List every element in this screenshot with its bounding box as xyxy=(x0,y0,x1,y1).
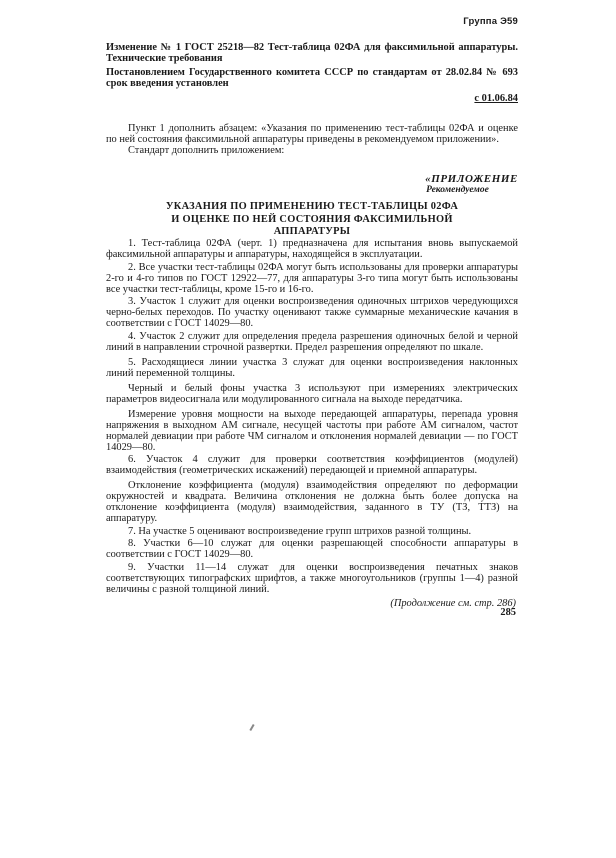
title-line: АППАРАТУРЫ xyxy=(106,226,518,239)
resolution-statement: Постановлением Государственного комитета… xyxy=(106,67,518,89)
intro-paragraph: Стандарт дополнить приложением: xyxy=(106,145,518,156)
appendix-status: Рекомендуемое xyxy=(425,185,518,196)
paragraph: 9. Участки 11—14 служат для оценки воспр… xyxy=(106,562,518,595)
paragraph: 5. Расходящиеся линии участка 3 служат д… xyxy=(106,357,518,379)
title-line: УКАЗАНИЯ ПО ПРИМЕНЕНИЮ ТЕСТ-ТАБЛИЦЫ 02ФА xyxy=(106,201,518,214)
intro-paragraph: Пункт 1 дополнить абзацем: «Указания по … xyxy=(106,123,518,145)
appendix-label-block: «ПРИЛОЖЕНИЕ Рекомендуемое xyxy=(425,173,518,196)
appendix-title: УКАЗАНИЯ ПО ПРИМЕНЕНИЮ ТЕСТ-ТАБЛИЦЫ 02ФА… xyxy=(106,201,518,239)
paragraph: Измерение уровня мощности на выходе пере… xyxy=(106,409,518,453)
title-line: И ОЦЕНКЕ ПО НЕЙ СОСТОЯНИЯ ФАКСИМИЛЬНОЙ xyxy=(106,214,518,227)
paragraph: 8. Участки 6—10 служат для оценки разреш… xyxy=(106,538,518,560)
paragraph: Отклонение коэффициента (модуля) взаимод… xyxy=(106,480,518,524)
change-notice: Изменение № 1 ГОСТ 25218—82 Тест-таблица… xyxy=(106,42,518,64)
stray-pen-mark xyxy=(249,724,254,731)
paragraph: 7. На участке 5 оценивают воспроизведени… xyxy=(106,526,518,537)
effective-date: с 01.06.84 xyxy=(474,93,518,104)
paragraph: 1. Тест-таблица 02ФА (черт. 1) предназна… xyxy=(106,238,518,260)
paragraph: 2. Все участки тест-таблицы 02ФА могут б… xyxy=(106,262,518,295)
continuation-note: (Продолжение см. стр. 286) xyxy=(106,598,518,610)
paragraph: Черный и белый фоны участка 3 используют… xyxy=(106,383,518,405)
page-number: 285 xyxy=(500,607,516,618)
appendix-body: 1. Тест-таблица 02ФА (черт. 1) предназна… xyxy=(106,238,518,610)
paragraph: 3. Участок 1 служит для оценки воспроизв… xyxy=(106,296,518,329)
intro-block: Пункт 1 дополнить абзацем: «Указания по … xyxy=(106,123,518,156)
paragraph: 4. Участок 2 служит для определения пред… xyxy=(106,331,518,353)
appendix-label: «ПРИЛОЖЕНИЕ xyxy=(425,173,518,185)
paragraph: 6. Участок 4 служит для проверки соответ… xyxy=(106,454,518,476)
group-code: Группа Э59 xyxy=(463,16,518,27)
